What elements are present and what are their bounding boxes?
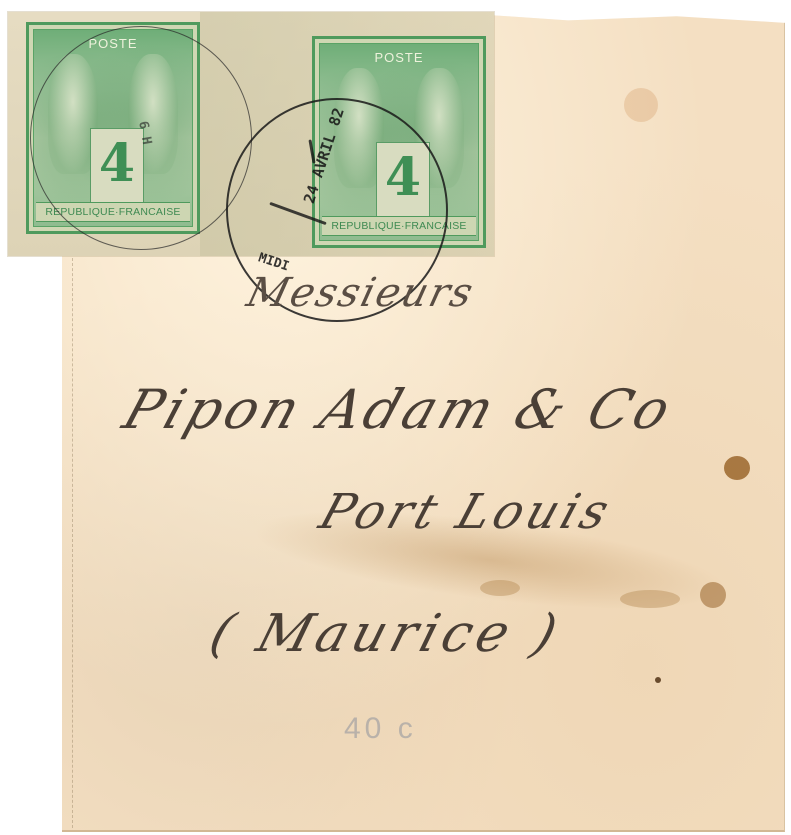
value-tablet: 4 (90, 128, 144, 204)
stamp-value: 4 (91, 133, 143, 195)
stamp-design: POSTE 4 REPUBLIQUE·FRANCAISE (33, 29, 193, 227)
ink-spot (655, 677, 661, 683)
address-city: Port Louis (313, 484, 620, 540)
stamp-country: REPUBLIQUE·FRANCAISE (322, 216, 476, 236)
water-stain (620, 590, 680, 608)
stamp-design: POSTE 4 REPUBLIQUE·FRANCAISE (319, 43, 479, 241)
stamp-value: 4 (377, 147, 429, 209)
ink-spot (700, 582, 726, 608)
value-tablet: 4 (376, 142, 430, 218)
address-recipient: Pipon Adam & Co (116, 378, 682, 441)
pencil-notation: 40 c (344, 712, 417, 746)
stamp-header: POSTE (34, 36, 192, 51)
paper-fold (72, 248, 76, 828)
water-stain (480, 580, 520, 596)
stamp-sage-4c-left: POSTE 4 REPUBLIQUE·FRANCAISE (26, 22, 200, 234)
foxing-stain (624, 88, 658, 122)
stamp-country: REPUBLIQUE·FRANCAISE (36, 202, 190, 222)
ink-spot (724, 456, 750, 480)
stamp-header: POSTE (320, 50, 478, 65)
address-country: ( Maurice ) (203, 604, 568, 664)
address-salutation: Messieurs (242, 270, 479, 316)
stamp-sage-4c-right: POSTE 4 REPUBLIQUE·FRANCAISE (312, 36, 486, 248)
